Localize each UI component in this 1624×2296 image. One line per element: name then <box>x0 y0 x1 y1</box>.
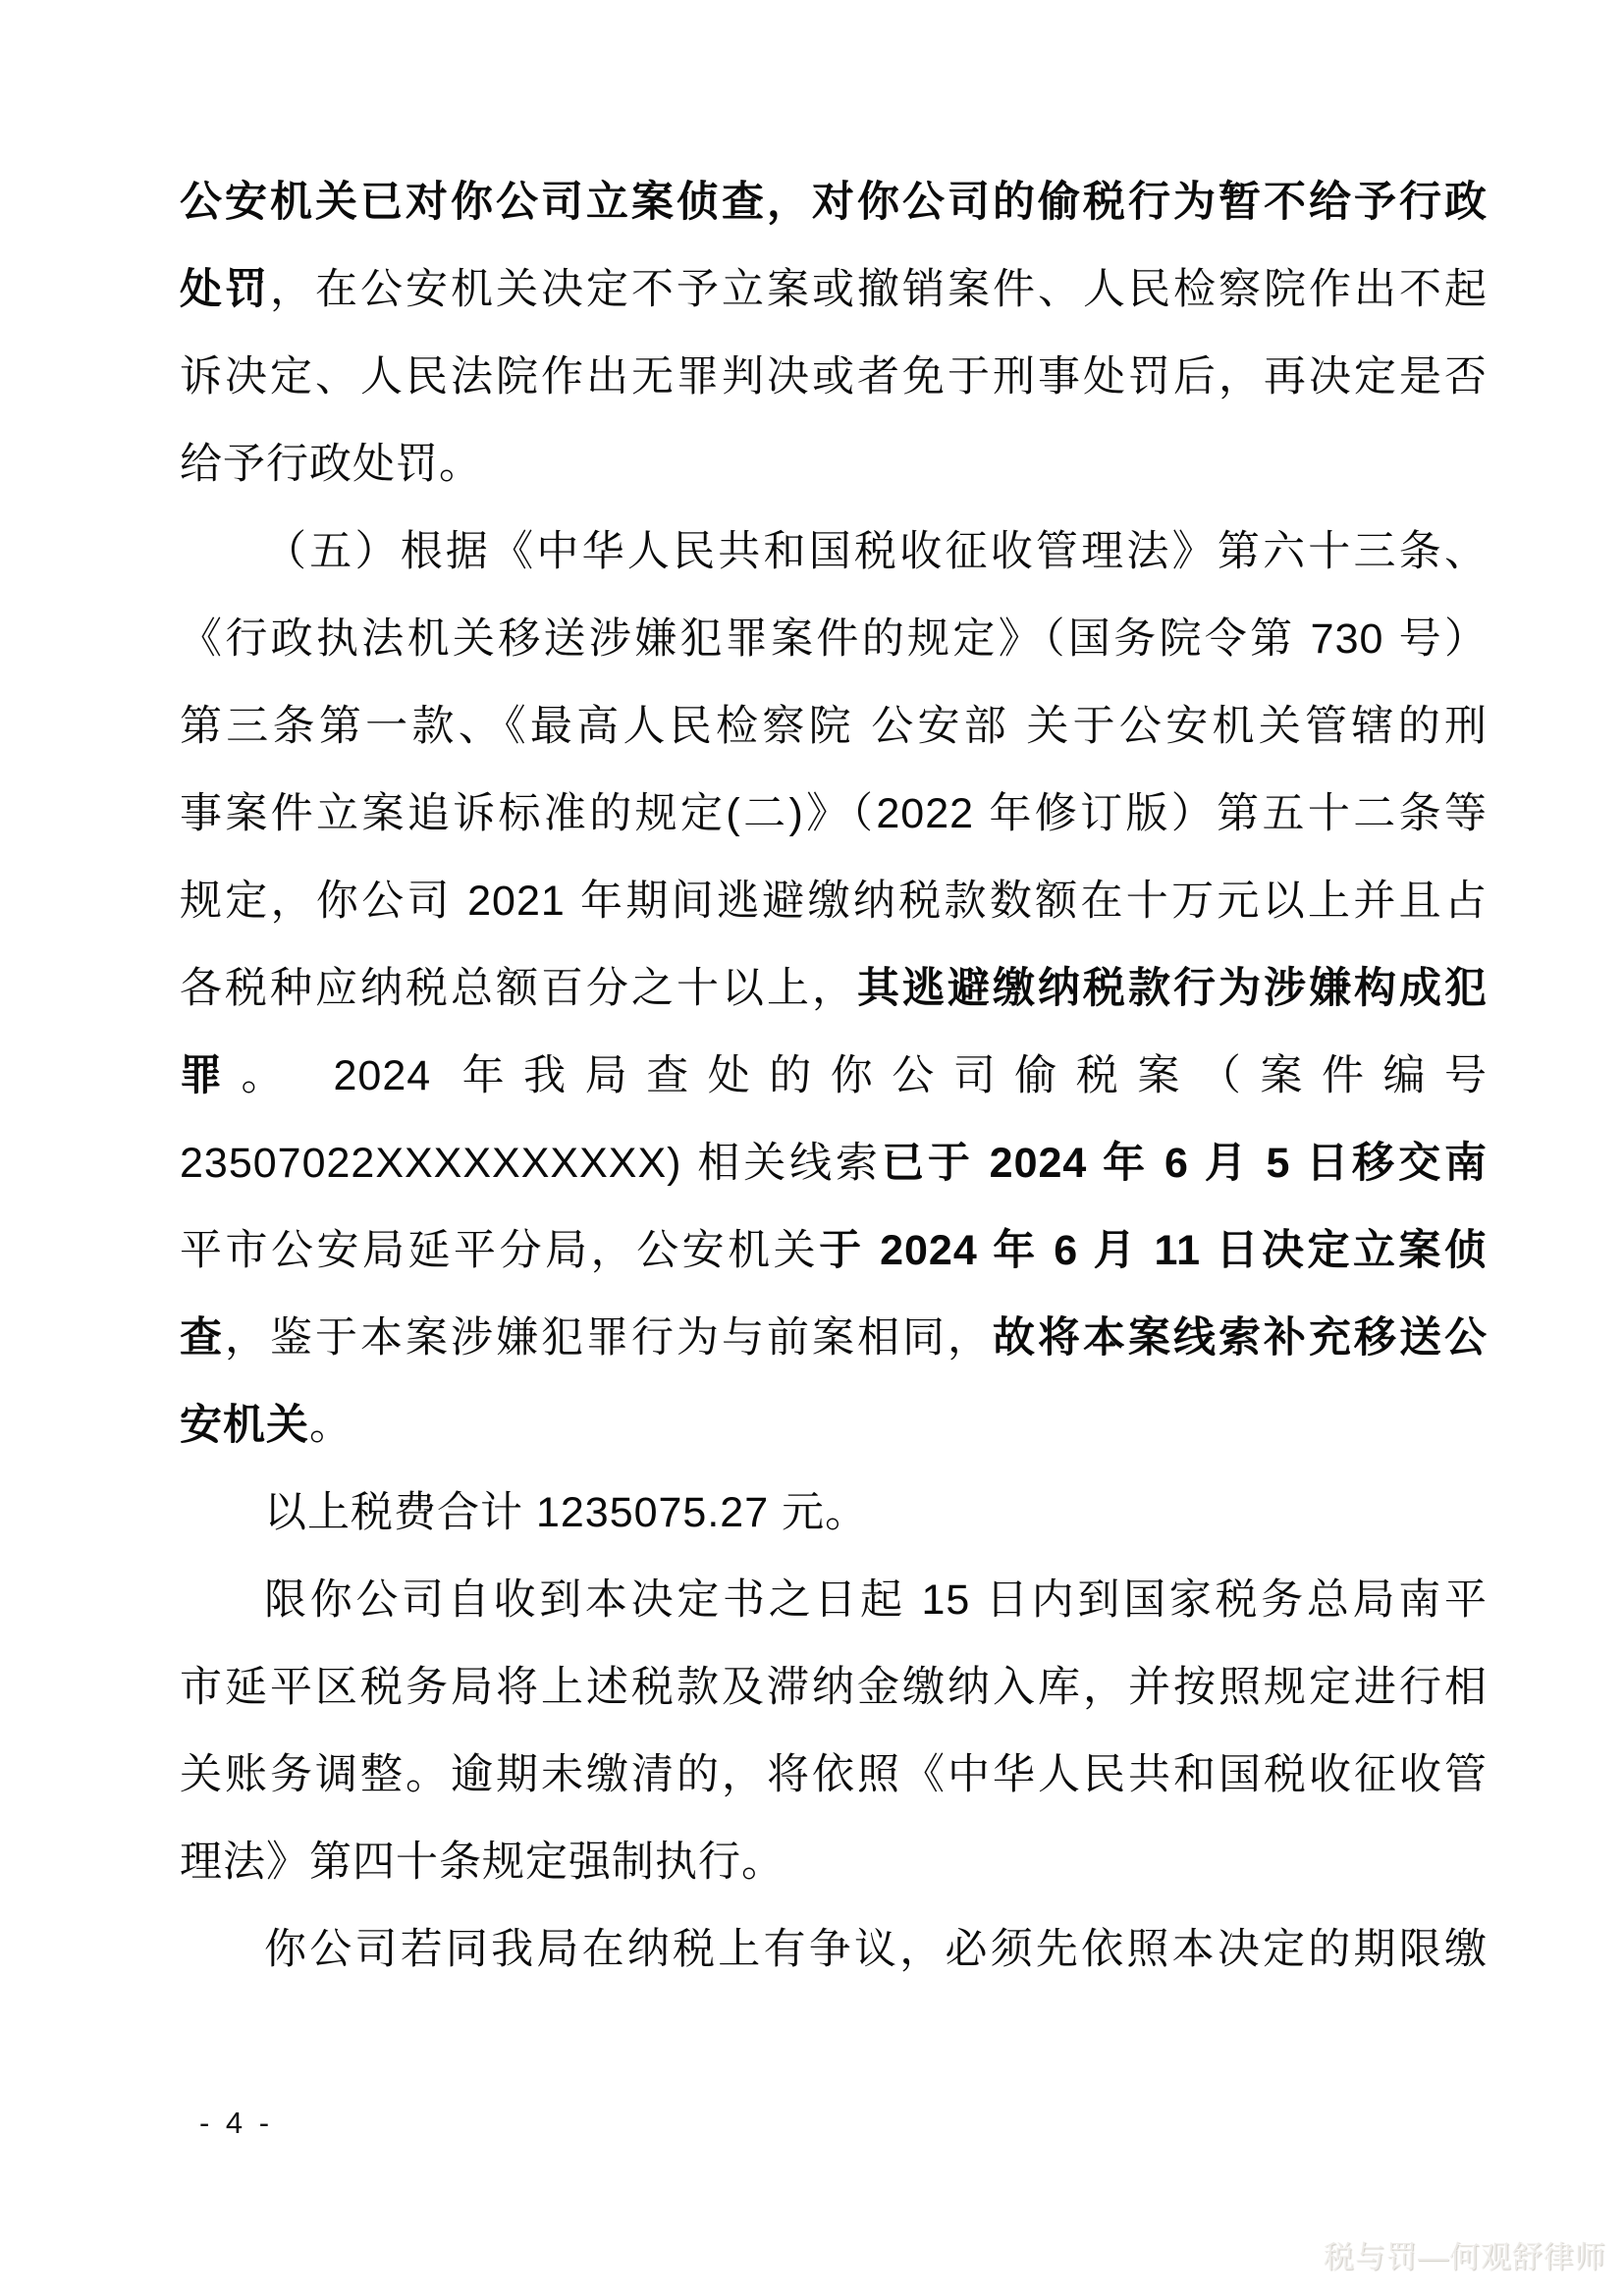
text-segment: 给予行政处罚。 <box>180 441 482 488</box>
bold-text-segment: 罪 <box>180 1052 242 1099</box>
text-line: 第三条第一款、《最高人民检察院 公安部 关于公安机关管辖的刑 <box>180 683 1488 771</box>
text-line: 23507022XXXXXXXXXX) 相关线索已于 2024 年 6 月 5 … <box>180 1120 1488 1207</box>
bold-text-segment: 其逃避缴纳税款行为涉嫌构成犯 <box>857 965 1488 1012</box>
text-line: 事案件立案追诉标准的规定(二)》（2022 年修订版）第五十二条等 <box>180 771 1488 858</box>
text-line: 罪。 2024 年我局查处的你公司偷税案（案件编号 <box>180 1033 1488 1120</box>
text-line: 查，鉴于本案涉嫌犯罪行为与前案相同，故将本案线索补充移送公 <box>180 1295 1488 1382</box>
text-line: 各税种应纳税总额百分之十以上，其逃避缴纳税款行为涉嫌构成犯 <box>180 945 1488 1033</box>
bold-text-segment: 已于 2024 年 6 月 5 日移交南 <box>882 1140 1488 1187</box>
text-segment: 规定，你公司 2021 年期间逃避缴纳税款数额在十万元以上并且占 <box>180 878 1488 925</box>
text-segment: 理法》第四十条规定强制执行。 <box>180 1839 785 1886</box>
text-segment: 以上税费合计 1235075.27 元。 <box>264 1489 868 1536</box>
text-segment: ，在公安机关决定不予立案或撤销案件、人民检察院作出不起 <box>270 266 1488 313</box>
text-segment: 限你公司自收到本决定书之日起 15 日内到国家税务总局南平 <box>264 1576 1488 1624</box>
text-line: 理法》第四十条规定强制执行。 <box>180 1819 1488 1906</box>
text-segment: 。 <box>309 1402 352 1449</box>
document-body: 公安机关已对你公司立案侦查，对你公司的偷税行为暂不给予行政处罚，在公安机关决定不… <box>180 159 1488 1994</box>
text-segment: 市延平区税务局将上述税款及滞纳金缴纳入库，并按照规定进行相 <box>180 1664 1488 1711</box>
text-segment: 。 2024 年我局查处的你公司偷税案（案件编号 <box>242 1052 1488 1099</box>
text-segment: 关账务调整。逾期未缴清的，将依照《中华人民共和国税收征收管 <box>180 1751 1488 1798</box>
bold-text-segment: 安机关 <box>180 1402 309 1449</box>
bold-text-segment: 查 <box>180 1314 225 1362</box>
text-segment: 事案件立案追诉标准的规定(二)》（2022 年修订版）第五十二条等 <box>180 790 1488 837</box>
text-segment: 各税种应纳税总额百分之十以上， <box>180 965 857 1012</box>
bold-text-segment: 故将本案线索补充移送公 <box>993 1314 1488 1362</box>
text-line: 限你公司自收到本决定书之日起 15 日内到国家税务总局南平 <box>180 1557 1488 1644</box>
bold-text-segment: 处罚 <box>180 266 270 313</box>
text-line: 规定，你公司 2021 年期间逃避缴纳税款数额在十万元以上并且占 <box>180 858 1488 945</box>
text-segment: 诉决定、人民法院作出无罪判决或者免于刑事处罚后，再决定是否 <box>180 353 1488 400</box>
text-line: 公安机关已对你公司立案侦查，对你公司的偷税行为暂不给予行政 <box>180 159 1488 246</box>
bold-text-segment: 公安机关已对你公司立案侦查，对你公司的偷税行为暂不给予行政 <box>180 179 1488 226</box>
text-segment: 23507022XXXXXXXXXX) 相关线索 <box>180 1140 882 1187</box>
text-line: 市延平区税务局将上述税款及滞纳金缴纳入库，并按照规定进行相 <box>180 1644 1488 1732</box>
text-segment: 你公司若同我局在纳税上有争议，必须先依照本决定的期限缴 <box>264 1926 1488 1973</box>
text-line: 处罚，在公安机关决定不予立案或撤销案件、人民检察院作出不起 <box>180 246 1488 334</box>
text-line: 以上税费合计 1235075.27 元。 <box>180 1469 1488 1557</box>
text-line: （五）根据《中华人民共和国税收征收管理法》第六十三条、 <box>180 508 1488 596</box>
document-page: 公安机关已对你公司立案侦查，对你公司的偷税行为暂不给予行政处罚，在公安机关决定不… <box>0 0 1624 2296</box>
bold-text-segment: 于 2024 年 6 月 11 日决定立案侦 <box>819 1227 1488 1274</box>
text-line: 安机关。 <box>180 1382 1488 1469</box>
text-line: 给予行政处罚。 <box>180 421 1488 508</box>
text-line: 诉决定、人民法院作出无罪判决或者免于刑事处罚后，再决定是否 <box>180 334 1488 421</box>
watermark-text: 税与罚—何观舒律师 <box>1324 2238 1606 2277</box>
text-line: 你公司若同我局在纳税上有争议，必须先依照本决定的期限缴 <box>180 1906 1488 1994</box>
text-line: 平市公安局延平分局，公安机关于 2024 年 6 月 11 日决定立案侦 <box>180 1207 1488 1295</box>
text-segment: 第三条第一款、《最高人民检察院 公安部 关于公安机关管辖的刑 <box>180 703 1488 750</box>
text-segment: 《行政执法机关移送涉嫌犯罪案件的规定》（国务院令第 730 号） <box>180 615 1488 663</box>
text-segment: 平市公安局延平分局，公安机关 <box>180 1227 819 1274</box>
text-line: 《行政执法机关移送涉嫌犯罪案件的规定》（国务院令第 730 号） <box>180 596 1488 683</box>
text-segment: ，鉴于本案涉嫌犯罪行为与前案相同， <box>225 1314 993 1362</box>
page-number: - 4 - <box>199 2104 273 2143</box>
text-line: 关账务调整。逾期未缴清的，将依照《中华人民共和国税收征收管 <box>180 1732 1488 1819</box>
text-segment: （五）根据《中华人民共和国税收征收管理法》第六十三条、 <box>264 528 1488 575</box>
